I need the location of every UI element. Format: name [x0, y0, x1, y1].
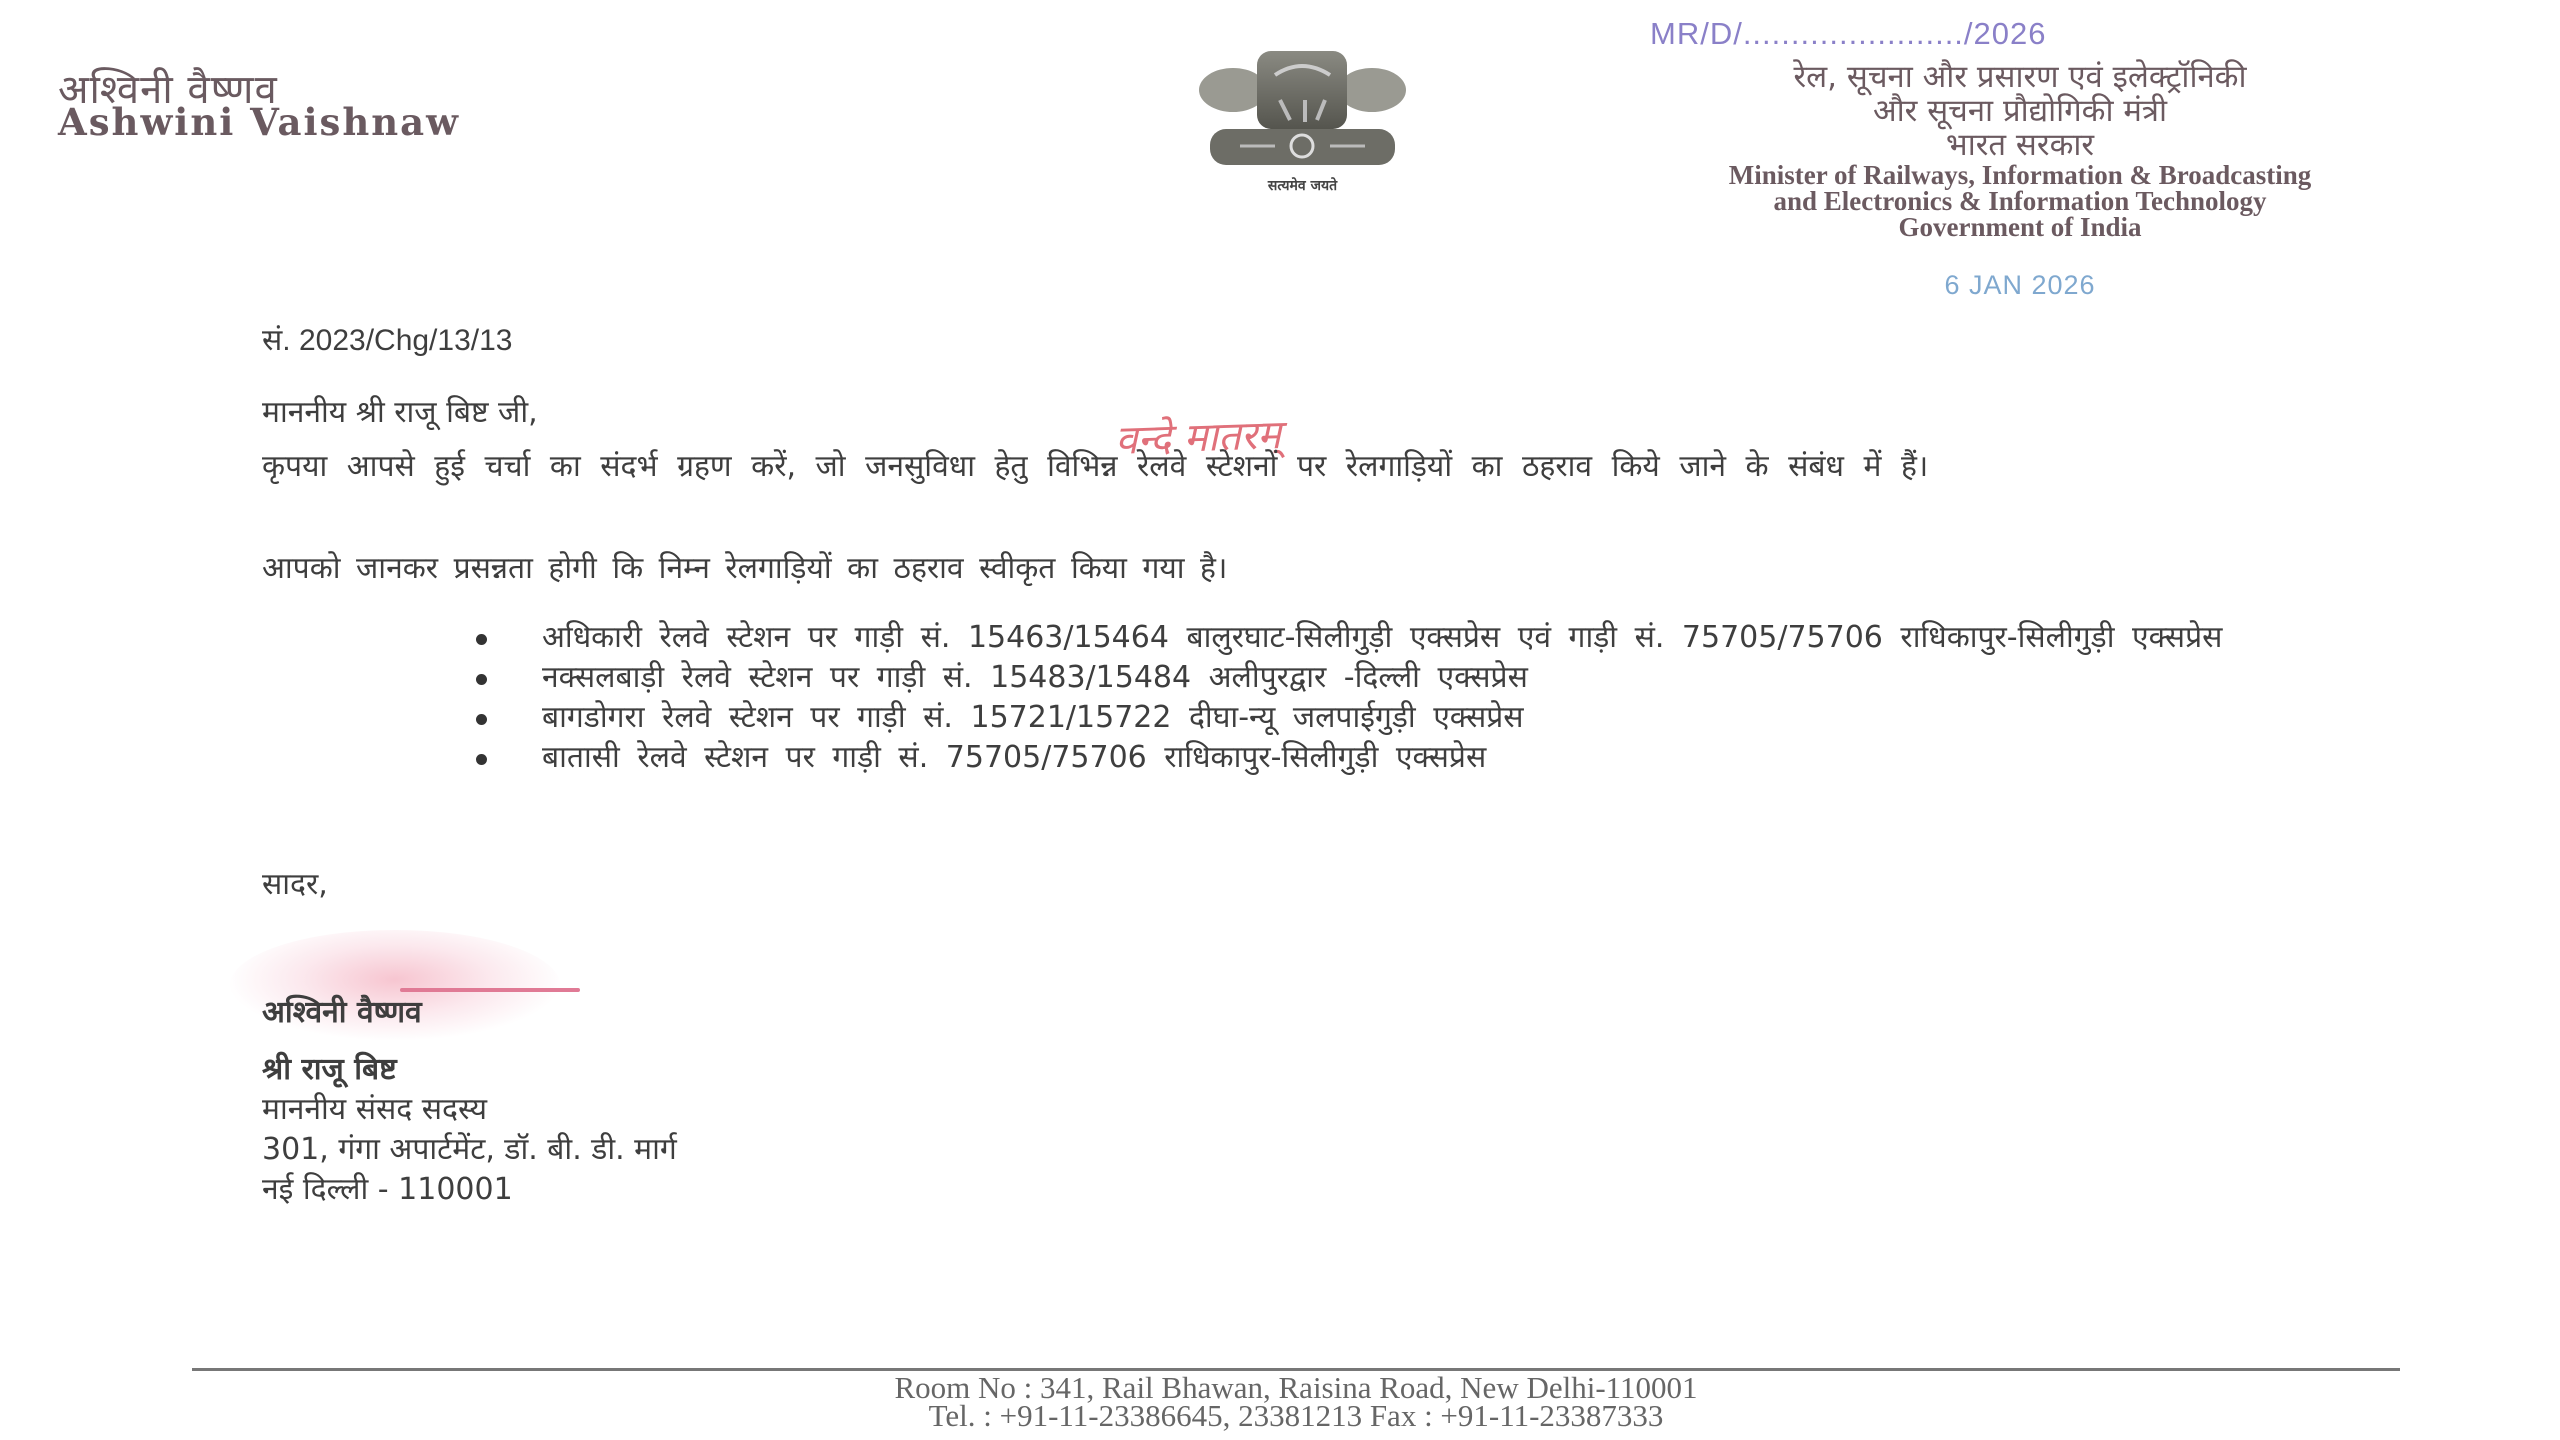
ministry-hindi-line: भारत सरकार [1530, 128, 2510, 162]
closing: सादर, [262, 862, 328, 903]
footer-phone-fax: Tel. : +91-11-23386645, 23381213 Fax : +… [192, 1402, 2400, 1430]
ministry-hindi-line: और सूचना प्रौद्योगिकी मंत्री [1530, 94, 2510, 128]
stoppage-text: अधिकारी रेलवे स्टेशन पर गाड़ी सं. 15463/… [542, 620, 2222, 655]
ministry-english-line: Minister of Railways, Information & Broa… [1530, 162, 2510, 188]
recipient-address-block: श्री राजू बिष्ट माननीय संसद सदस्य 301, ग… [262, 1050, 677, 1210]
stoppage-list: अधिकारी रेलवे स्टेशन पर गाड़ी सं. 15463/… [476, 618, 2316, 778]
stoppage-text: बातासी रेलवे स्टेशन पर गाड़ी सं. 75705/7… [542, 740, 1486, 775]
list-item: बागडोगरा रेलवे स्टेशन पर गाड़ी सं. 15721… [476, 698, 2316, 738]
recipient-address-line: 301, गंगा अपार्टमेंट, डॉ. बी. डी. मार्ग [262, 1130, 677, 1170]
ministry-english-line: and Electronics & Information Technology [1530, 188, 2510, 214]
bullet-icon [476, 634, 487, 645]
signatory-name: अश्विनी वैष्णव [262, 990, 422, 1031]
date-stamp: 6 JAN 2026 [1900, 270, 2140, 301]
bullet-icon [476, 714, 487, 725]
ministry-designation: रेल, सूचना और प्रसारण एवं इलेक्ट्रॉनिकी … [1530, 60, 2510, 240]
paragraph-approval: आपको जानकर प्रसन्नता होगी कि निम्न रेलगा… [262, 550, 2308, 588]
footer-contact: Room No : 341, Rail Bhawan, Raisina Road… [192, 1374, 2400, 1430]
list-item: नक्सलबाड़ी रेलवे स्टेशन पर गाड़ी सं. 154… [476, 658, 2316, 698]
reference-stamp: MR/D/......................./2026 [1650, 16, 2047, 52]
stoppage-text: बागडोगरा रेलवे स्टेशन पर गाड़ी सं. 15721… [542, 700, 1524, 735]
bullet-icon [476, 754, 487, 765]
ministry-hindi-line: रेल, सूचना और प्रसारण एवं इलेक्ट्रॉनिकी [1530, 60, 2510, 94]
emblem-motto: सत्यमेव जयते [1195, 176, 1410, 195]
recipient-address-line: नई दिल्ली - 110001 [262, 1170, 677, 1210]
list-item: बातासी रेलवे स्टेशन पर गाड़ी सं. 75705/7… [476, 738, 2316, 778]
signature-stroke [400, 988, 580, 992]
stoppage-text: नक्सलबाड़ी रेलवे स्टेशन पर गाड़ी सं. 154… [542, 660, 1528, 695]
recipient-name: श्री राजू बिष्ट [262, 1050, 677, 1090]
paragraph-reference: कृपया आपसे हुई चर्चा का संदर्भ ग्रहण करे… [262, 448, 2308, 486]
list-item: अधिकारी रेलवे स्टेशन पर गाड़ी सं. 15463/… [476, 618, 2316, 658]
recipient-designation: माननीय संसद सदस्य [262, 1090, 677, 1130]
national-emblem-icon [1195, 45, 1410, 195]
ministry-english-line: Government of India [1530, 214, 2510, 240]
letter-reference-number: सं. 2023/Chg/13/13 [262, 318, 512, 359]
salutation: माननीय श्री राजू बिष्ट जी, [262, 390, 538, 431]
minister-name-english: Ashwini Vaishnaw [58, 100, 460, 144]
bullet-icon [476, 674, 487, 685]
